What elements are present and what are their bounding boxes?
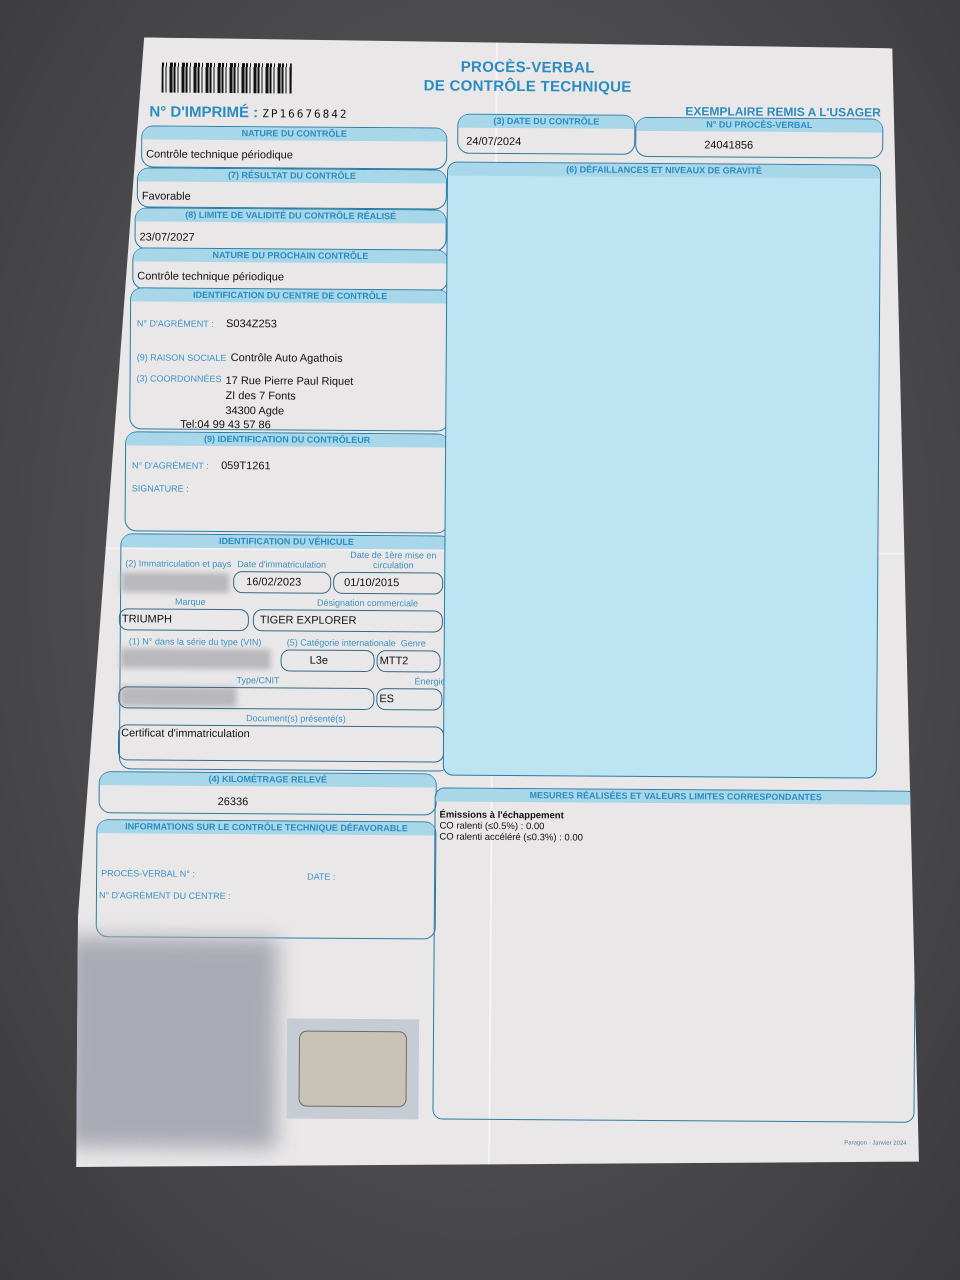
controleur-agrement-value: 059T1261 xyxy=(221,460,271,472)
genre-value: MTT2 xyxy=(378,651,440,671)
marque-field: TRIUMPH xyxy=(119,608,249,631)
defavorable-date-label: DATE : xyxy=(307,872,335,882)
date-controle-box: (3) DATE DU CONTRÔLE 24/07/2024 xyxy=(457,114,635,155)
envelope-window xyxy=(286,1018,419,1119)
redacted-vin xyxy=(121,648,271,669)
numero-pv-value: 24041856 xyxy=(636,131,882,153)
mesures-box: MESURES RÉALISÉES ET VALEURS LIMITES COR… xyxy=(432,787,916,1122)
centre-box: IDENTIFICATION DU CENTRE DE CONTRÔLE N° … xyxy=(129,287,450,431)
designation-field: TIGER EXPLORER xyxy=(253,609,443,632)
address-line-1: 17 Rue Pierre Paul Riquet xyxy=(226,374,354,390)
raison-sociale-value: Contrôle Auto Agathois xyxy=(231,352,343,365)
vehicule-box: IDENTIFICATION DU VÉHICULE (2) Immatricu… xyxy=(119,533,453,771)
proces-verbal-document: PROCÈS-VERBAL DE CONTRÔLE TECHNIQUE N° D… xyxy=(76,37,944,1173)
imprime-label: N° D'IMPRIMÉ : xyxy=(149,103,258,121)
imprime-value: ZP16676842 xyxy=(262,107,348,121)
defaillances-box: (6) DÉFAILLANCES ET NIVEAUX DE GRAVITÉ xyxy=(443,162,881,779)
defavorable-agrement-label: N° D'AGRÉMENT DU CENTRE : xyxy=(99,890,231,901)
centre-agrement-value: S034Z253 xyxy=(226,318,277,330)
energie-field: ES xyxy=(376,688,442,710)
immat-label: (2) Immatriculation et pays xyxy=(125,558,231,569)
address-line-2: ZI des 7 Fonts xyxy=(225,389,353,405)
defavorable-label: INFORMATIONS SUR LE CONTRÔLE TECHNIQUE D… xyxy=(97,820,435,835)
date-immat-value: 16/02/2023 xyxy=(234,572,330,593)
categorie-value: L3e xyxy=(282,650,374,671)
coordonnees-label: (3) COORDONNÉES xyxy=(136,373,221,419)
defavorable-pv-label: PROCÈS-VERBAL N° : xyxy=(101,868,195,879)
centre-telephone: Tel:04 99 43 57 86 xyxy=(130,418,448,432)
controleur-agrement-label: N° D'AGRÉMENT : xyxy=(132,460,209,471)
kilometrage-box: (4) KILOMÉTRAGE RELEVÉ 26336 xyxy=(99,771,437,815)
numero-pv-box: N° DU PROCÈS-VERBAL 24041856 xyxy=(635,117,883,159)
resultat-box: (7) RÉSULTAT DU CONTRÔLE Favorable xyxy=(137,167,447,209)
signature-label: SIGNATURE : xyxy=(126,473,448,505)
validite-box: (8) LIMITE DE VALIDITÉ DU CONTRÔLE RÉALI… xyxy=(134,207,446,251)
imprime-number: N° D'IMPRIMÉ : ZP16676842 xyxy=(149,103,348,121)
title-line-2: DE CONTRÔLE TECHNIQUE xyxy=(424,76,632,96)
nature-controle-box: NATURE DU CONTRÔLE Contrôle technique pé… xyxy=(141,125,447,169)
centre-agrement-label: N° D'AGRÉMENT : xyxy=(137,318,214,329)
energie-value: ES xyxy=(377,689,441,709)
defavorable-box: INFORMATIONS SUR LE CONTRÔLE TECHNIQUE D… xyxy=(96,819,437,939)
raison-sociale-label: (9) RAISON SOCIALE xyxy=(137,352,227,363)
address-line-3: 34300 Agde xyxy=(225,404,353,420)
categorie-label: (5) Catégorie internationale xyxy=(287,637,396,648)
premiere-circulation-value: 01/10/2015 xyxy=(334,573,442,594)
co-ralenti-accelere: CO ralenti accéléré (≤0.3%) : 0.00 xyxy=(439,832,911,846)
document-title: PROCÈS-VERBAL DE CONTRÔLE TECHNIQUE xyxy=(424,57,632,96)
date-immat-field: 16/02/2023 xyxy=(233,571,331,594)
documents-label: Document(s) présenté(s) xyxy=(246,713,346,724)
prochain-controle-box: NATURE DU PROCHAIN CONTRÔLE Contrôle tec… xyxy=(132,247,448,291)
designation-label: Désignation commerciale xyxy=(317,598,418,609)
type-cnit-field xyxy=(118,686,374,710)
premiere-circulation-label: Date de 1ère mise en circulation xyxy=(343,550,443,571)
barcode xyxy=(162,63,292,94)
controleur-box: (9) IDENTIFICATION DU CONTRÔLEUR N° D'AG… xyxy=(125,431,450,533)
energie-label: Énergie xyxy=(414,676,445,686)
designation-value: TIGER EXPLORER xyxy=(254,610,442,631)
documents-value: Certificat d'immatriculation xyxy=(119,725,443,743)
kilometrage-value: 26336 xyxy=(100,785,436,809)
documents-field: Certificat d'immatriculation xyxy=(118,724,444,762)
date-controle-value: 24/07/2024 xyxy=(458,128,634,157)
genre-field: MTT2 xyxy=(377,650,441,672)
genre-label: Genre xyxy=(401,638,426,648)
vin-label: (1) N° dans la série du type (VIN) xyxy=(129,636,262,647)
footer-text: Paragon · Janvier 2024 xyxy=(844,1140,906,1146)
redacted-immatriculation xyxy=(121,572,229,593)
title-line-1: PROCÈS-VERBAL xyxy=(424,57,632,77)
categorie-field: L3e xyxy=(281,649,375,672)
redacted-address xyxy=(66,937,277,1148)
window-pane xyxy=(298,1031,407,1108)
date-controle-label: (3) DATE DU CONTRÔLE xyxy=(458,115,634,129)
premiere-circulation-field: 01/10/2015 xyxy=(333,572,443,595)
nature-controle-value: Contrôle technique périodique xyxy=(142,139,446,171)
marque-value: TRIUMPH xyxy=(120,609,248,630)
vehicule-label: IDENTIFICATION DU VÉHICULE xyxy=(121,534,451,549)
date-immat-label: Date d'immatriculation xyxy=(237,559,326,570)
marque-label: Marque xyxy=(175,597,206,607)
type-cnit-label: Type/CNIT xyxy=(236,675,279,685)
defaillances-label: (6) DÉFAILLANCES ET NIVEAUX DE GRAVITÉ xyxy=(448,163,880,179)
